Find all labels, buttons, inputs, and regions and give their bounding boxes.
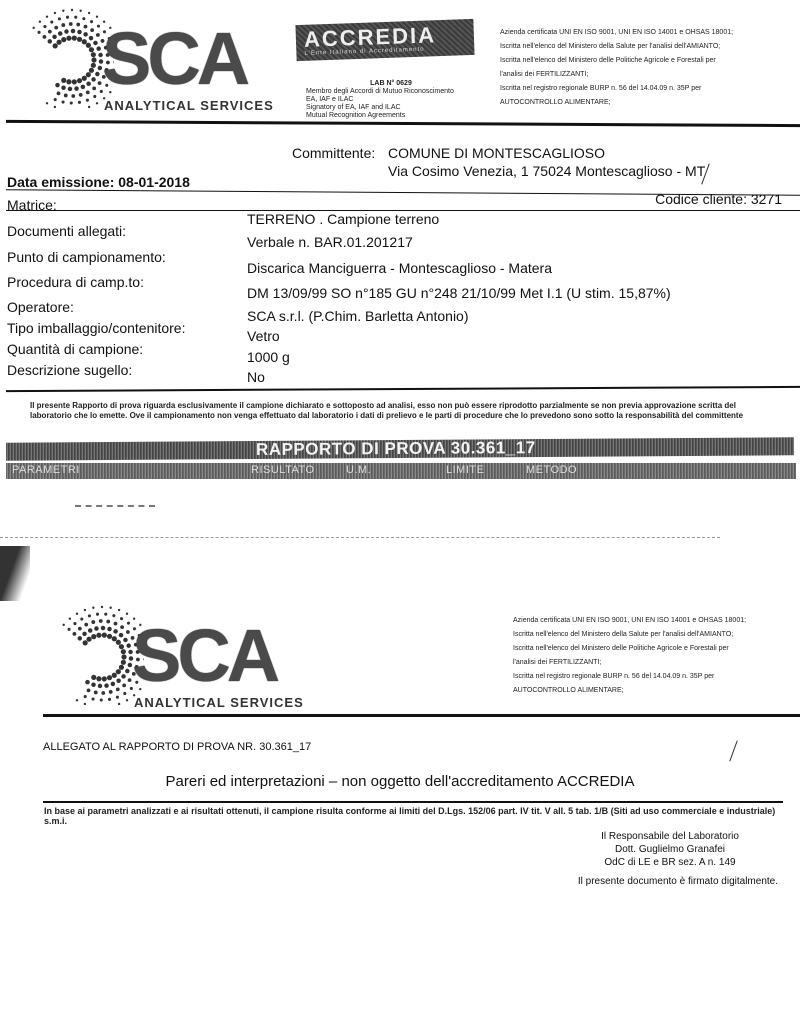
field-value: Verbale n. BAR.01.201217: [247, 234, 413, 250]
dots-logo-icon: [44, 605, 144, 705]
fields-divider: [6, 386, 800, 392]
cert-line: AUTOCONTROLLO ALIMENTARE;: [513, 684, 800, 698]
sca-logo: SCA ANALYTICAL SERVICES: [14, 8, 274, 118]
cert-line: Iscritta nell'elenco del Ministero della…: [513, 628, 800, 642]
results-table-header: PARAMETRI RISULTATO U.M. LIMITE METODO: [6, 463, 796, 479]
client-code: Codice cliente: 3271: [655, 191, 782, 207]
cert-line: Iscritta nell'elenco del Ministero delle…: [513, 642, 800, 656]
scan-artifact: [75, 505, 155, 507]
signature-block: Il Responsabile del Laboratorio Dott. Gu…: [570, 830, 770, 869]
dots-logo-icon: [14, 8, 114, 108]
column-header: METODO: [526, 464, 577, 476]
pen-mark: [729, 740, 737, 761]
field-value: TERRENO . Campione terreno: [247, 211, 439, 227]
header-divider: [6, 120, 800, 127]
disclaimer: Il presente Rapporto di prova riguarda e…: [30, 401, 770, 421]
logo-subtitle: ANALYTICAL SERVICES: [104, 98, 274, 113]
report-title: RAPPORTO DI PROVA 30.361_17: [256, 438, 536, 460]
field-label: Documenti allegati:: [7, 223, 126, 239]
cert-line: Iscritta nel registro regionale BURP n. …: [500, 82, 800, 96]
signature-line: OdC di LE e BR sez. A n. 149: [570, 856, 770, 869]
header-divider: [43, 714, 800, 717]
conclusion-text: In base ai parametri analizzati e ai ris…: [44, 806, 784, 826]
column-header: U.M.: [346, 464, 371, 476]
field-value: Discarica Manciguerra - Montescaglioso -…: [247, 260, 552, 276]
field-value: 1000 g: [247, 349, 290, 365]
field-label: Matrice:: [7, 197, 57, 213]
certifications: Azienda certificata UNI EN ISO 9001, UNI…: [513, 614, 800, 698]
digital-signature-note: Il presente documento è firmato digitalm…: [578, 876, 778, 887]
signature-line: Il Responsabile del Laboratorio: [570, 830, 770, 843]
committente-label: Committente:: [292, 145, 375, 161]
cert-line: Azienda certificata UNI EN ISO 9001, UNI…: [513, 614, 800, 628]
accredia-info: LAB N° 0629 Membro degli Accordi di Mutu…: [306, 80, 476, 120]
field-label: Punto di campionamento:: [7, 249, 166, 265]
opinions-title: Pareri ed interpretazioni – non oggetto …: [0, 773, 800, 790]
committente-address: Via Cosimo Venezia, 1 75024 Montescaglio…: [388, 163, 705, 179]
logo-mark: SCA: [102, 22, 246, 96]
report-title-band: RAPPORTO DI PROVA 30.361_17: [6, 437, 794, 461]
column-header: PARAMETRI: [12, 464, 80, 476]
cert-line: Iscritta nell'elenco del Ministero della…: [500, 40, 800, 54]
committente-name: COMUNE DI MONTESCAGLIOSO: [388, 145, 605, 161]
field-label: Quantità di campione:: [7, 341, 143, 357]
cert-line: Azienda certificata UNI EN ISO 9001, UNI…: [500, 26, 800, 40]
field-label: Operatore:: [7, 299, 74, 315]
page-separator: [0, 537, 720, 538]
field-value: SCA s.r.l. (P.Chim. Barletta Antonio): [247, 308, 469, 324]
column-header: LIMITE: [446, 464, 484, 476]
annex-reference: ALLEGATO AL RAPPORTO DI PROVA NR. 30.361…: [43, 741, 311, 753]
issue-date: Data emissione: 08-01-2018: [7, 174, 190, 190]
cert-line: l'analisi dei FERTILIZZANTI;: [513, 656, 800, 670]
logo-mark: SCA: [132, 619, 276, 693]
field-label: Descrizione sugello:: [7, 362, 132, 378]
accredia-logo: ACCREDIA L'Ente Italiano di Accreditamen…: [295, 19, 474, 61]
cert-line: Iscritta nell'elenco del Ministero delle…: [500, 54, 800, 68]
cert-line: l'analisi dei FERTILIZZANTI;: [500, 68, 800, 82]
lab-number: LAB N° 0629: [306, 80, 476, 88]
scan-artifact: [0, 546, 30, 601]
signature-line: Dott. Guglielmo Granafei: [570, 843, 770, 856]
column-header: RISULTATO: [251, 464, 315, 476]
field-value: No: [247, 369, 265, 385]
logo-subtitle: ANALYTICAL SERVICES: [134, 695, 304, 710]
opinions-divider: [43, 801, 783, 803]
accredia-line: EA, IAF e ILAC: [306, 96, 476, 104]
sca-logo: SCA ANALYTICAL SERVICES: [44, 605, 304, 715]
field-value: Vetro: [247, 328, 280, 344]
field-label: Tipo imballaggio/contenitore:: [7, 320, 185, 336]
accredia-line: Mutual Recognition Agreements: [306, 112, 476, 120]
cert-line: AUTOCONTROLLO ALIMENTARE;: [500, 96, 800, 110]
accredia-line: Signatory of EA, IAF and ILAC: [306, 104, 476, 112]
cert-line: Iscritta nel registro regionale BURP n. …: [513, 670, 800, 684]
certifications: Azienda certificata UNI EN ISO 9001, UNI…: [500, 26, 800, 110]
field-label: Procedura di camp.to:: [7, 274, 144, 290]
accredia-line: Membro degli Accordi di Mutuo Riconoscim…: [306, 88, 476, 96]
field-value: DM 13/09/99 SO n°185 GU n°248 21/10/99 M…: [247, 285, 671, 301]
